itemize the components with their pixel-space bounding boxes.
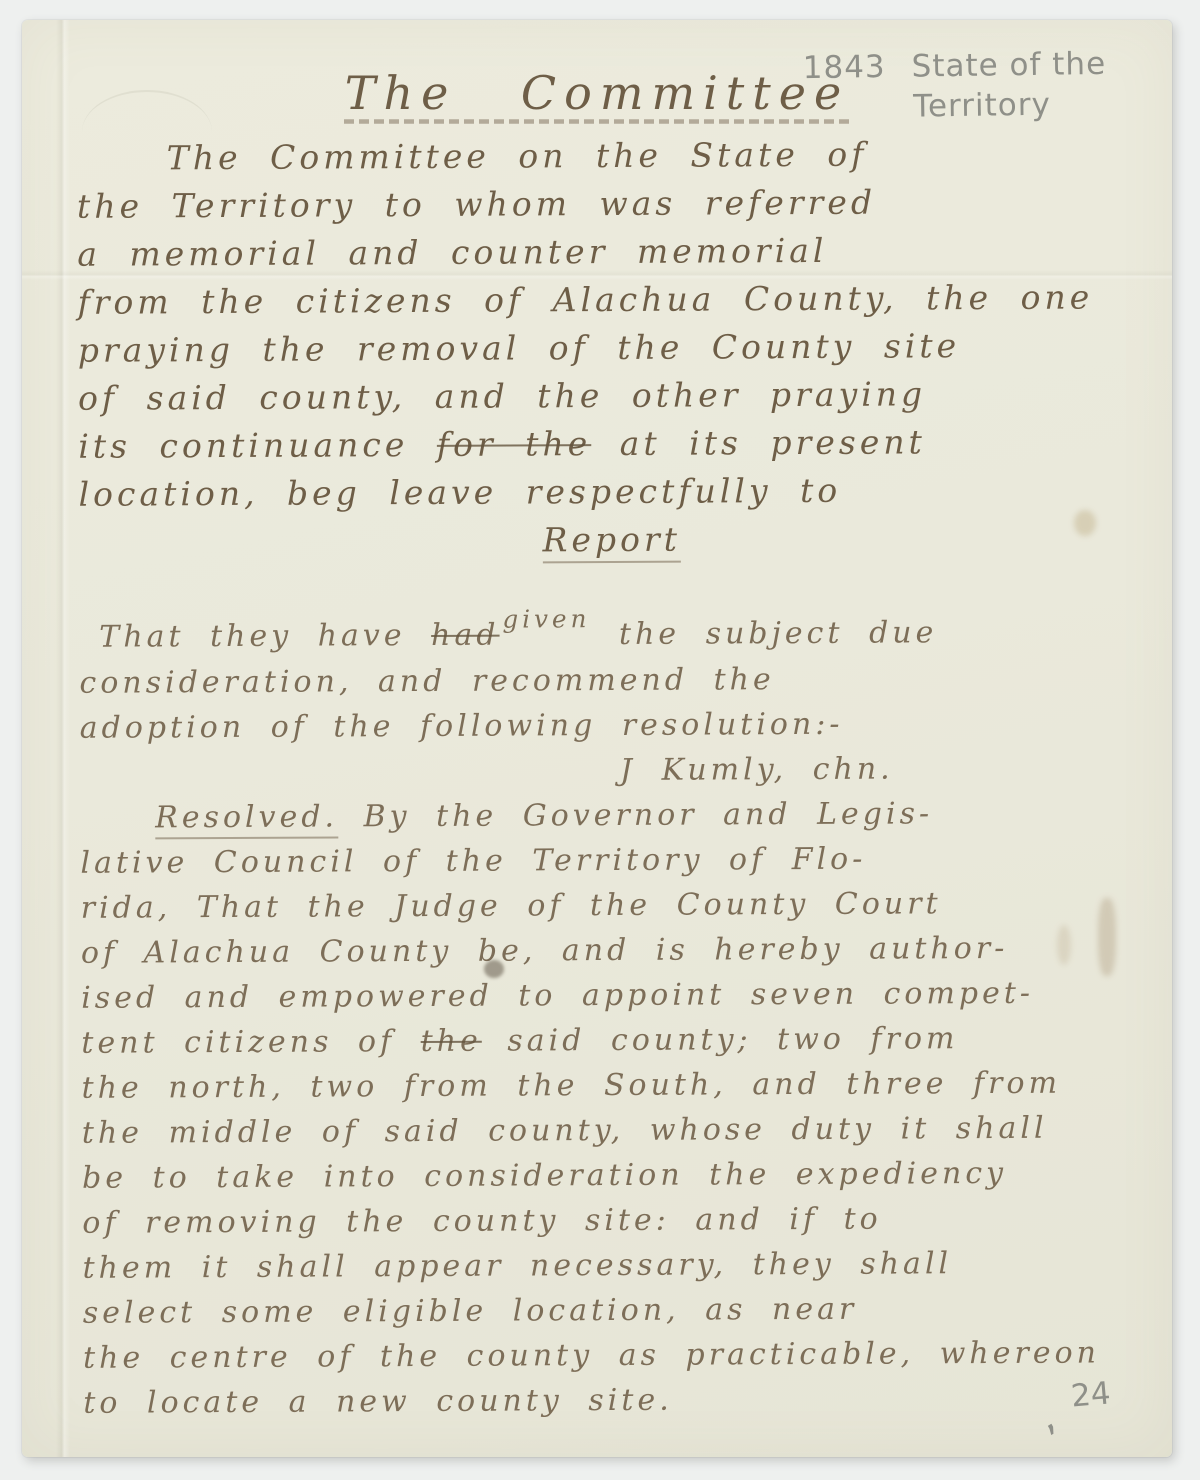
struck-text: for the — [437, 424, 592, 464]
ink-smudge — [1098, 898, 1116, 976]
manuscript-line: the middle of said county, whose duty it… — [82, 1105, 1148, 1156]
manuscript-line: of removing the county site: and if to — [82, 1195, 1148, 1246]
text-segment: said county; two from — [482, 1021, 959, 1058]
inserted-text: given — [502, 596, 590, 641]
manuscript-title: The Committee — [22, 66, 1172, 120]
text-segment: Report — [542, 520, 681, 564]
manuscript-line: rida, That the Judge of the County Court — [81, 880, 1147, 931]
text-segment: rida, That the Judge of the County Court — [81, 886, 942, 926]
text-segment: of Alachua County be, and is hereby auth… — [81, 931, 1009, 971]
text-segment: from the citizens of Alachua County, the… — [77, 277, 1093, 321]
manuscript-line: That they have hadgiven the subject due — [79, 609, 1145, 661]
text-segment: Resolved. — [155, 799, 338, 839]
text-segment: be to take into consideration the expedi… — [82, 1156, 1007, 1196]
report-heading: Report — [79, 513, 1145, 567]
manuscript-line: the centre of the county as practicable,… — [83, 1330, 1149, 1381]
manuscript-line: Resolved. By the Governor and Legis- — [80, 790, 1146, 841]
text-segment: ised and empowered to appoint seven comp… — [81, 976, 1034, 1016]
manuscript-line: the north, two from the South, and three… — [82, 1060, 1148, 1111]
text-segment: a memorial and counter memorial — [77, 231, 827, 274]
manuscript-line: be to take into consideration the expedi… — [82, 1150, 1148, 1201]
signature-line: J Kumly, chn. — [80, 745, 1146, 796]
text-segment: to locate a new county site. — [83, 1383, 673, 1421]
text-segment: at its present — [591, 422, 926, 463]
text-segment: its continuance — [78, 425, 437, 466]
manuscript-line: of said county, and the other praying — [78, 369, 1144, 423]
text-segment: The Committee on the State of — [167, 135, 868, 178]
text-segment: J Kumly, chn. — [620, 752, 894, 788]
page-number: ,24 — [1069, 1375, 1111, 1414]
manuscript-line: location, beg leave respectfully to — [78, 465, 1144, 519]
text-segment: them it shall appear necessary, they sha… — [82, 1246, 952, 1286]
text-segment: the north, two from the South, and three… — [82, 1066, 1062, 1106]
page-number-value: 24 — [1069, 1375, 1111, 1414]
manuscript-line: tent citizens of the said county; two fr… — [81, 1015, 1147, 1066]
paper-crease-vertical — [56, 20, 70, 1457]
manuscript-line: of Alachua County be, and is hereby auth… — [81, 925, 1147, 976]
manuscript-line: the Territory to whom was referred — [77, 177, 1143, 231]
text-segment: the middle of said county, whose duty it… — [82, 1111, 1048, 1151]
text-segment: the centre of the county as practicable,… — [83, 1335, 1100, 1375]
text-segment: select some eligible location, as near — [83, 1292, 858, 1331]
ink-smudge — [1057, 925, 1071, 965]
manuscript-line: select some eligible location, as near — [83, 1285, 1149, 1336]
ink-smudge — [1074, 510, 1096, 536]
text-segment: consideration, and recommend the — [79, 662, 774, 701]
manuscript-line: ised and empowered to appoint seven comp… — [81, 970, 1147, 1021]
text-segment: of removing the county site: and if to — [82, 1202, 882, 1241]
manuscript-line: from the citizens of Alachua County, the… — [77, 273, 1143, 327]
text-segment: of said county, and the other praying — [78, 374, 926, 417]
manuscript-line: adoption of the following resolution:- — [80, 700, 1146, 751]
manuscript-line: lative Council of the Territory of Flo- — [80, 835, 1146, 886]
ink-smudge — [484, 960, 504, 978]
manuscript-body: The Committee on the State ofthe Territo… — [77, 129, 1150, 1426]
struck-text: the — [421, 1024, 482, 1059]
manuscript-line: its continuance for the at its present — [78, 417, 1144, 471]
manuscript-line: praying the removal of the County site — [78, 321, 1144, 375]
manuscript-line: to locate a new county site. — [83, 1375, 1149, 1426]
text-segment: location, beg leave respectfully to — [78, 471, 841, 514]
manuscript-line: a memorial and counter memorial — [77, 225, 1143, 279]
text-segment: tent citizens of — [81, 1024, 420, 1061]
paper-sheet: 1843State of the Territory The Committee… — [22, 20, 1172, 1457]
manuscript-line: The Committee on the State of — [77, 129, 1143, 183]
text-segment: adoption of the following resolution:- — [80, 707, 844, 746]
text-segment: lative Council of the Territory of Flo- — [80, 842, 866, 881]
text-segment: the subject due — [593, 615, 937, 652]
manuscript-line: them it shall appear necessary, they sha… — [82, 1240, 1148, 1291]
text-segment: That they have — [99, 618, 431, 655]
text-segment: the Territory to whom was referred — [77, 183, 876, 226]
scanner-background: { "colors":{ "ink_dark":"#6e5e47", "ink_… — [0, 0, 1200, 1480]
text-segment: praying the removal of the County site — [78, 326, 961, 370]
text-segment: By the Governor and Legis- — [338, 796, 933, 834]
manuscript-line: consideration, and recommend the — [79, 655, 1145, 706]
struck-text: had — [431, 618, 500, 653]
